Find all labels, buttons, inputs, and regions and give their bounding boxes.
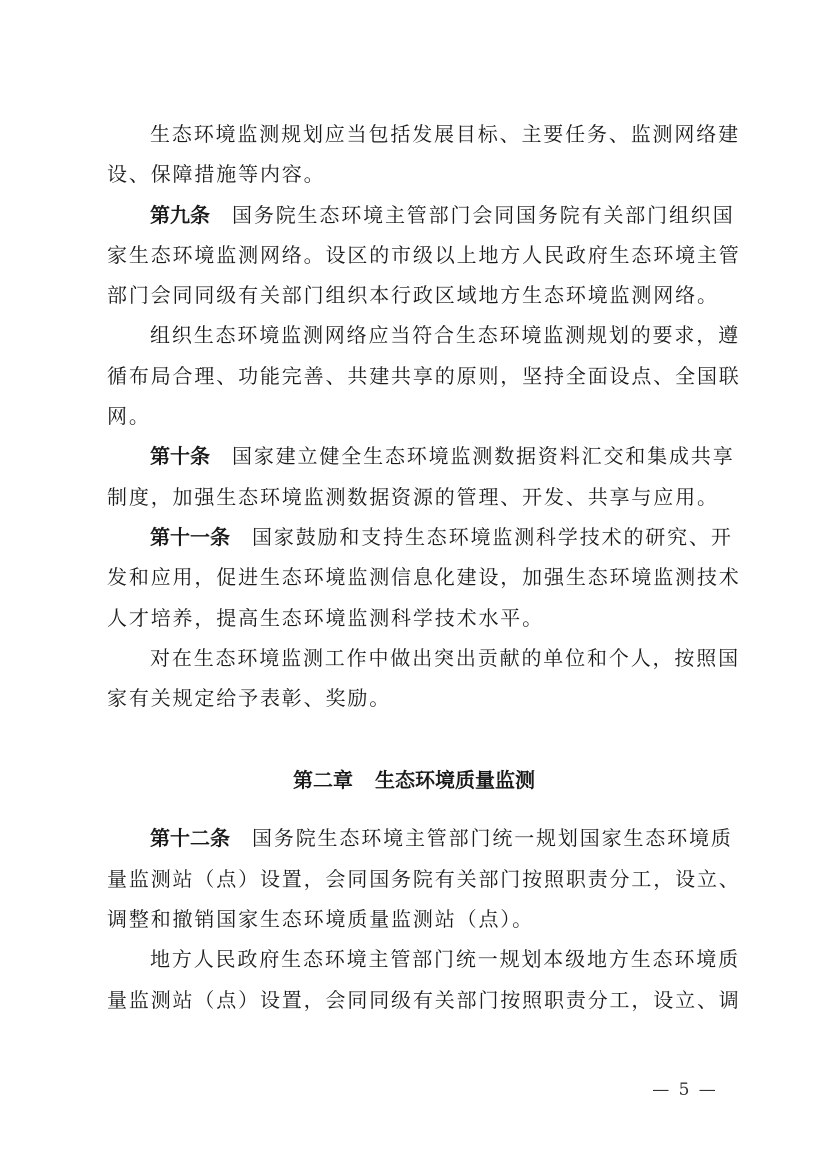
- paragraph-line: 家有关规定给予表彰、奖励。: [107, 678, 721, 718]
- body-text: 生态环境监测规划应当包括发展目标、主要任务、监测网络建 设、保障措施等内容。 第…: [107, 114, 721, 1020]
- paragraph-line: 调整和撤销国家生态环境质量监测站（点）。: [107, 899, 721, 939]
- paragraph-line: 人才培养，提高生态环境监测科学技术水平。: [107, 598, 721, 638]
- article-10-line: 第十条国家建立健全生态环境监测数据资料汇交和集成共享: [107, 436, 721, 476]
- paragraph-line: 地方人民政府生态环境主管部门统一规划本级地方生态环境质: [107, 939, 721, 979]
- article-number: 第十一条: [150, 525, 230, 549]
- paragraph-line: 家生态环境监测网络。设区的市级以上地方人民政府生态环境主管: [107, 235, 721, 275]
- paragraph-line: 循布局合理、功能完善、共建共享的原则，坚持全面设点、全国联: [107, 356, 721, 396]
- page-number: — 5 —: [640, 1080, 730, 1100]
- paragraph-line: 网。: [107, 396, 721, 436]
- paragraph-line: 制度，加强生态环境监测数据资源的管理、开发、共享与应用。: [107, 477, 721, 517]
- article-12-line: 第十二条国务院生态环境主管部门统一规划国家生态环境质: [107, 818, 721, 858]
- article-number: 第十二条: [150, 826, 230, 850]
- paragraph-line: 设、保障措施等内容。: [107, 154, 721, 194]
- chapter-title: 生态环境质量监测: [375, 768, 535, 792]
- chapter-number: 第二章: [293, 768, 353, 792]
- article-9-line: 第九条国务院生态环境主管部门会同国务院有关部门组织国: [107, 195, 721, 235]
- article-text: 国务院生态环境主管部门统一规划国家生态环境质: [252, 826, 733, 850]
- paragraph-line: 发和应用，促进生态环境监测信息化建设，加强生态环境监测技术: [107, 557, 721, 597]
- article-11-line: 第十一条国家鼓励和支持生态环境监测科学技术的研究、开: [107, 517, 721, 557]
- article-number: 第九条: [150, 203, 210, 227]
- article-text: 国家鼓励和支持生态环境监测科学技术的研究、开: [252, 525, 733, 549]
- document-page: 生态环境监测规划应当包括发展目标、主要任务、监测网络建 设、保障措施等内容。 第…: [0, 0, 826, 1169]
- paragraph-line: 组织生态环境监测网络应当符合生态环境监测规划的要求，遵: [107, 315, 721, 355]
- chapter-heading: 第二章生态环境质量监测: [107, 760, 721, 800]
- article-text: 国务院生态环境主管部门会同国务院有关部门组织国: [232, 203, 735, 227]
- article-text: 国家建立健全生态环境监测数据资料汇交和集成共享: [232, 444, 735, 468]
- paragraph-line: 部门会同同级有关部门组织本行政区域地方生态环境监测网络。: [107, 275, 721, 315]
- paragraph-line: 量监测站（点）设置，会同国务院有关部门按照职责分工，设立、: [107, 859, 721, 899]
- paragraph-line: 对在生态环境监测工作中做出突出贡献的单位和个人，按照国: [107, 638, 721, 678]
- article-number: 第十条: [150, 444, 210, 468]
- paragraph-line: 生态环境监测规划应当包括发展目标、主要任务、监测网络建: [107, 114, 721, 154]
- paragraph-line: 量监测站（点）设置，会同同级有关部门按照职责分工，设立、调: [107, 980, 721, 1020]
